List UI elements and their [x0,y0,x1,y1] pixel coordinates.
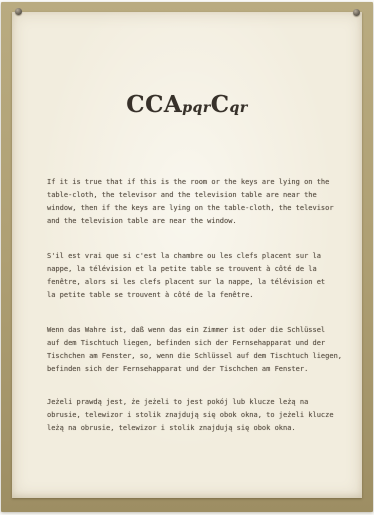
paragraph-polish: Jeżeli prawdą jest, że jeżeli to jest po… [47,396,342,435]
text-line: table-cloth, the televisor and the telev… [47,191,317,199]
title-segment: pqr [182,100,210,116]
text-line: Wenn das Wahre ist, daß wenn das ein Zim… [47,326,325,334]
text-line: leżą na obrusie, telewizor i stolik znaj… [47,424,296,432]
paragraph-english: If it is true that if this is the room o… [47,176,342,228]
paper-sheet: CCApqrCqr If it is true that if this is … [12,12,362,498]
artwork-title: CCApqrCqr [12,12,362,123]
photographed-artwork: CCApqrCqr If it is true that if this is … [0,0,374,515]
text-line: and the television table are near the wi… [47,217,237,225]
push-pin-icon [15,8,22,15]
mount-board: CCApqrCqr If it is true that if this is … [1,2,373,512]
title-segment: C [211,91,230,118]
text-line: Tischchen am Fenster, so, wenn die Schlü… [47,352,342,360]
text-line: fenêtre, alors si les clefs placent sur … [47,278,325,286]
text-line: S'il est vrai que si c'est la chambre ou… [47,252,321,260]
title-segment: CCA [126,91,182,118]
paragraph-german: Wenn das Wahre ist, daß wenn das ein Zim… [47,324,342,376]
title-segment: qr [230,100,248,116]
push-pin-icon [353,9,360,16]
text-line: If it is true that if this is the room o… [47,178,329,186]
text-line: obrusie, telewizor i stolik znajdują się… [47,411,334,419]
text-line: window, then if the keys are lying on th… [47,204,334,212]
text-line: Jeżeli prawdą jest, że jeżeli to jest po… [47,398,308,406]
text-line: la petite table se trouvent à côté de la… [47,291,254,299]
paragraph-french: S'il est vrai que si c'est la chambre ou… [47,250,342,302]
typewritten-text: If it is true that if this is the room o… [12,176,362,435]
text-line: auf dem Tischtuch liegen, befinden sich … [47,339,325,347]
text-line: nappe, la télévision et la petite table … [47,265,317,273]
text-line: befinden sich der Fernsehapparat und der… [47,365,308,373]
